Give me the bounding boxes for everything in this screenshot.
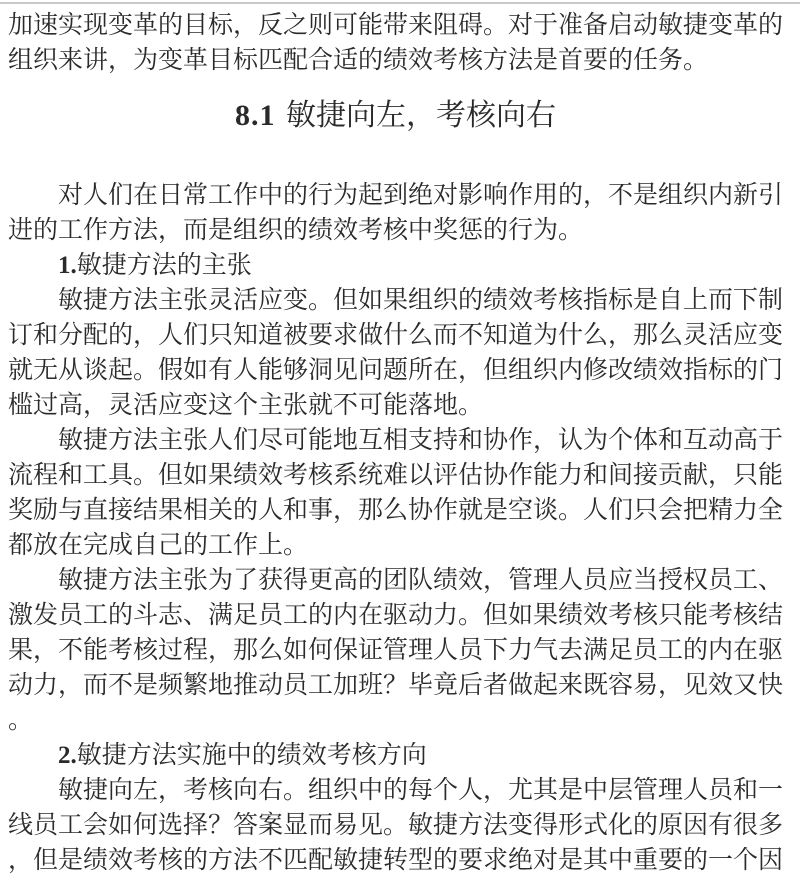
book-page-content: 加速实现变革的目标，反之则可能带来阻碍。对于准备启动敏捷变革的组织来讲，为变革目…: [0, 0, 800, 878]
paragraph: 敏捷向左，考核向右。组织中的每个人，尤其是中层管理人员和一线员工会如何选择？答案…: [8, 773, 783, 878]
subheading-2-title: 敏捷方法实施中的绩效考核方向: [77, 742, 427, 769]
subheading-2-number: 2.: [58, 742, 77, 769]
section-heading: 8.1敏捷向左，考核向右: [8, 94, 783, 138]
paragraph: 敏捷方法主张人们尽可能地互相支持和协作，认为个体和互动高于流程和工具。但如果绩效…: [8, 423, 783, 563]
subheading-2: 2.敏捷方法实施中的绩效考核方向: [8, 738, 783, 773]
section-heading-number: 8.1: [235, 99, 276, 132]
subheading-1-number: 1.: [58, 252, 77, 279]
section-heading-title: 敏捷向左，考核向右: [286, 99, 556, 132]
intro-paragraph: 加速实现变革的目标，反之则可能带来阻碍。对于准备启动敏捷变革的组织来讲，为变革目…: [8, 8, 783, 78]
subheading-1-title: 敏捷方法的主张: [77, 252, 252, 279]
subheading-1: 1.敏捷方法的主张: [8, 248, 783, 283]
paragraph: 敏捷方法主张为了获得更高的团队绩效，管理人员应当授权员工、激发员工的斗志、满足员…: [8, 563, 783, 738]
lead-paragraph: 对人们在日常工作中的行为起到绝对影响作用的，不是组织内新引进的工作方法，而是组织…: [8, 178, 783, 248]
paragraph: 敏捷方法主张灵活应变。但如果组织的绩效考核指标是自上而下制订和分配的，人们只知道…: [8, 283, 783, 423]
